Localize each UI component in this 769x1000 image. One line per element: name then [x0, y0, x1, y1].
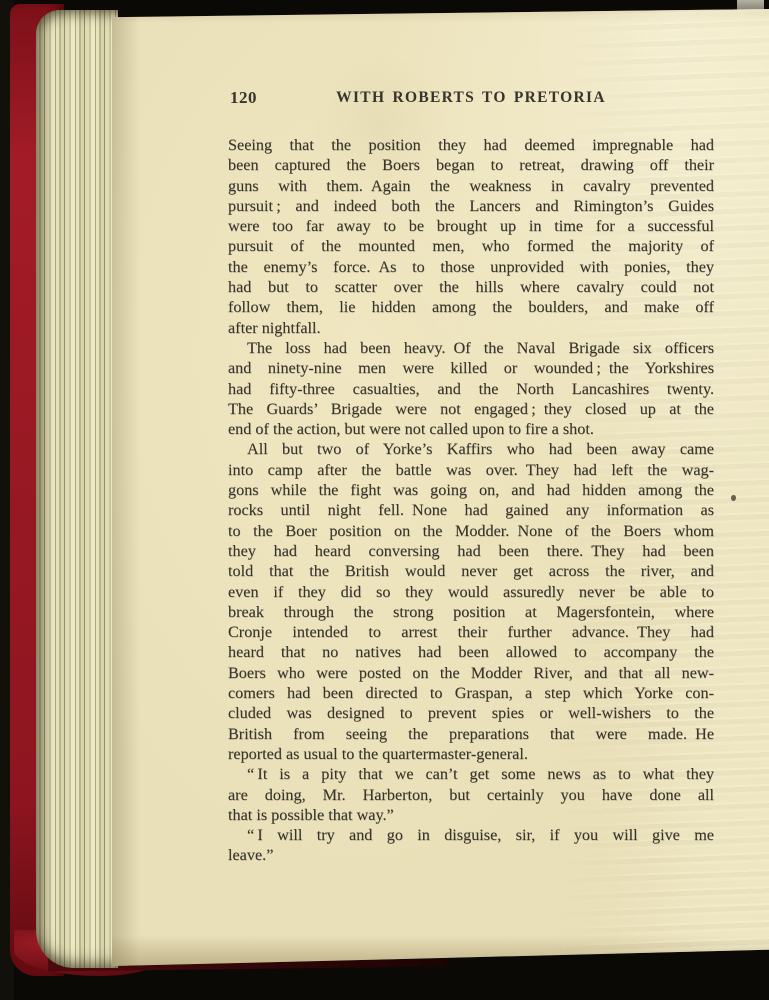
text-line: leave.” [228, 845, 714, 865]
page-header: 120 WITH ROBERTS TO PRETORIA [228, 88, 714, 110]
text-line: been captured the Boers began to retreat… [228, 155, 714, 175]
text-line: after nightfall. [228, 318, 714, 338]
text-line: All but two of Yorke’s Kaffirs who had b… [228, 439, 714, 459]
text-line: guns with them. Again the weakness in ca… [228, 176, 714, 196]
body-text: Seeing that the position they had deemed… [228, 135, 714, 866]
text-line: break through the strong position at Mag… [228, 602, 714, 622]
book-scan-scene: 120 WITH ROBERTS TO PRETORIA Seeing that… [0, 0, 769, 1000]
text-line: “ It is a pity that we can’t get some ne… [228, 764, 714, 784]
text-line: and ninety-nine men were killed or wound… [228, 358, 714, 378]
text-line: that is possible that way.” [228, 805, 714, 825]
text-block: 120 WITH ROBERTS TO PRETORIA Seeing that… [228, 88, 714, 866]
text-line: “ I will try and go in disguise, sir, if… [228, 825, 714, 845]
text-line: pursuit of the mounted men, who formed t… [228, 236, 714, 256]
text-line: The loss had been heavy. Of the Naval Br… [228, 338, 714, 358]
text-line: The Guards’ Brigade were not engaged ; t… [228, 399, 714, 419]
running-title: WITH ROBERTS TO PRETORIA [228, 89, 714, 107]
text-line: pursuit ; and indeed both the Lancers an… [228, 196, 714, 216]
text-line: reported as usual to the quartermaster-g… [228, 744, 714, 764]
text-line: were too far away to be brought up in ti… [228, 216, 714, 236]
text-line: comers had been directed to Graspan, a s… [228, 683, 714, 703]
text-line: follow them, lie hidden among the boulde… [228, 297, 714, 317]
text-line: end of the action, but were not called u… [228, 419, 714, 439]
text-line: told that the British would never get ac… [228, 561, 714, 581]
text-line: the enemy’s force. As to those unprovide… [228, 257, 714, 277]
text-line: British from seeing the preparations tha… [228, 724, 714, 744]
text-line: even if they did so they would assuredly… [228, 582, 714, 602]
text-line: cluded was designed to prevent spies or … [228, 703, 714, 723]
text-line: Cronje intended to arrest their further … [228, 622, 714, 642]
book-page: 120 WITH ROBERTS TO PRETORIA Seeing that… [112, 9, 769, 967]
text-line: Boers who were posted on the Modder Rive… [228, 663, 714, 683]
page-edge-stack [36, 10, 118, 968]
text-line: into camp after the battle was over. The… [228, 460, 714, 480]
text-line: Seeing that the position they had deemed… [228, 135, 714, 155]
text-line: gons while the fight was going on, and h… [228, 480, 714, 500]
text-line: rocks until night fell. None had gained … [228, 500, 714, 520]
text-line: had but to scatter over the hills where … [228, 277, 714, 297]
text-line: to the Boer position on the Modder. None… [228, 521, 714, 541]
text-line: had fifty-three casualties, and the Nort… [228, 379, 714, 399]
text-line: are doing, Mr. Harberton, but certainly … [228, 785, 714, 805]
text-line: they had heard conversing had been there… [228, 541, 714, 561]
text-line: heard that no natives had been allowed t… [228, 642, 714, 662]
